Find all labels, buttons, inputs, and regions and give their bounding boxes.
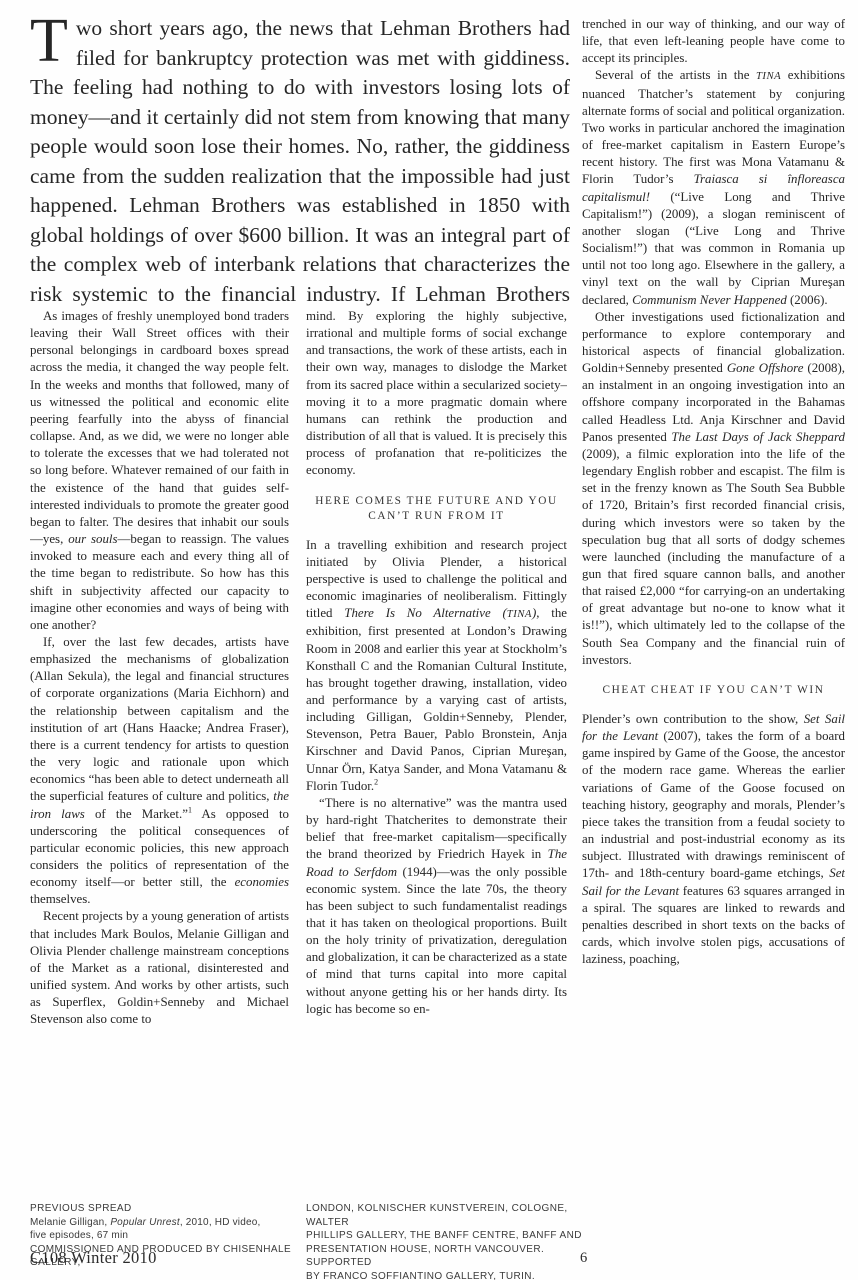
italic-text: TINA (756, 70, 781, 82)
credit-line: PRESENTATION HOUSE, NORTH VANCOUVER. SUP… (306, 1243, 596, 1270)
journal-issue-label: C108 Winter 2010 (30, 1248, 157, 1268)
italic-text: Communism Never Happened (632, 293, 787, 307)
magazine-page: Two short years ago, the news that Lehma… (0, 0, 858, 1280)
credit-line: Melanie Gilligan, Popular Unrest, 2010, … (30, 1216, 310, 1230)
credits-right: LONDON, KOLNISCHER KUNSTVEREIN, COLOGNE,… (306, 1202, 596, 1280)
text-run: five episodes, 67 min (30, 1230, 128, 1241)
text-run: —began to reassign. The values invoked t… (30, 532, 289, 632)
column-middle: mind. By exploring the highly subjective… (306, 308, 567, 1018)
footnote-marker: 2 (374, 777, 378, 786)
text-run: mind. By exploring the highly subjective… (306, 309, 567, 477)
section-heading: HERE COMES THE FUTURE AND YOU CAN’T RUN … (314, 494, 559, 524)
text-run: “There is no alternative” was the mantra… (306, 796, 567, 861)
italic-text: economies (235, 875, 289, 889)
italic-text: Gone Offshore (727, 361, 804, 375)
paragraph: If, over the last few decades, artists h… (30, 634, 289, 909)
text-run: (2007), takes the form of a board game i… (582, 729, 845, 880)
text-run: BY FRANCO SOFFIANTINO GALLERY, TURIN. (306, 1271, 535, 1280)
text-run: wo short years ago, the news that Lehman… (30, 16, 570, 306)
italic-text: There Is No Alternative ( (344, 606, 506, 620)
text-run: Several of the artists in the (595, 68, 756, 82)
text-run: If, over the last few decades, artists h… (30, 635, 289, 803)
italic-text: The Last Days of Jack Sheppard (671, 430, 845, 444)
column-left: As images of freshly unemployed bond tra… (30, 308, 289, 1029)
text-run: (2009), a filmic exploration into the li… (582, 447, 845, 667)
paragraph: Plender’s own contribution to the show, … (582, 711, 845, 968)
paragraph: “There is no alternative” was the mantra… (306, 795, 567, 1018)
text-run: Recent projects by a young generation of… (30, 909, 289, 1026)
page-number: 6 (580, 1250, 587, 1267)
text-run: exhibitions nuanced Thatcher’s statement… (582, 68, 845, 186)
text-run: (2006). (787, 293, 828, 307)
paragraph: trenched in our way of thinking, and our… (582, 16, 845, 67)
section-heading: CHEAT CHEAT IF YOU CAN’T WIN (590, 683, 837, 698)
text-run: of the Market.” (85, 807, 188, 821)
paragraph: mind. By exploring the highly subjective… (306, 308, 567, 480)
text-run: Plender’s own contribution to the show, (582, 712, 804, 726)
drop-cap: T (30, 14, 76, 66)
italic-text: Popular Unrest (110, 1217, 180, 1228)
text-run: As images of freshly unemployed bond tra… (30, 309, 289, 546)
text-run: CHEAT CHEAT IF YOU CAN’T WIN (602, 684, 824, 696)
italic-text: TINA (507, 608, 532, 620)
column-right: trenched in our way of thinking, and our… (582, 16, 845, 968)
text-run: HERE COMES THE FUTURE AND YOU CAN’T RUN … (315, 495, 558, 522)
credit-line: five episodes, 67 min (30, 1229, 310, 1243)
text-run: themselves. (30, 892, 91, 906)
paragraph: Other investigations used fictionalizati… (582, 309, 845, 669)
paragraph: In a travelling exhibition and research … (306, 537, 567, 795)
credit-line: PHILLIPS GALLERY, THE BANFF CENTRE, BANF… (306, 1229, 596, 1243)
paragraph: As images of freshly unemployed bond tra… (30, 308, 289, 634)
credit-line: PREVIOUS SPREAD (30, 1202, 310, 1216)
text-run: PHILLIPS GALLERY, THE BANFF CENTRE, BANF… (306, 1230, 582, 1241)
paragraph: Recent projects by a young generation of… (30, 908, 289, 1028)
text-run: trenched in our way of thinking, and our… (582, 17, 845, 65)
credit-line: BY FRANCO SOFFIANTINO GALLERY, TURIN. (306, 1270, 596, 1280)
text-run: (1944)—was the only possible economic sy… (306, 865, 567, 1016)
paragraph: Several of the artists in the TINA exhib… (582, 67, 845, 308)
text-run: (“Live Long and Thrive Capitalism!”) (20… (582, 190, 845, 307)
intro-paragraph: Two short years ago, the news that Lehma… (30, 14, 570, 306)
text-run: PRESENTATION HOUSE, NORTH VANCOUVER. SUP… (306, 1244, 544, 1269)
text-run: PREVIOUS SPREAD (30, 1203, 132, 1214)
text-run: Melanie Gilligan, (30, 1217, 110, 1228)
text-run: , 2010, HD video, (180, 1217, 261, 1228)
italic-text: our souls (68, 532, 117, 546)
text-run: LONDON, KOLNISCHER KUNSTVEREIN, COLOGNE,… (306, 1203, 568, 1228)
text-run: , the exhibition, first presented at Lon… (306, 606, 567, 793)
intro-text: wo short years ago, the news that Lehman… (30, 16, 570, 306)
credit-line: LONDON, KOLNISCHER KUNSTVEREIN, COLOGNE,… (306, 1202, 596, 1229)
